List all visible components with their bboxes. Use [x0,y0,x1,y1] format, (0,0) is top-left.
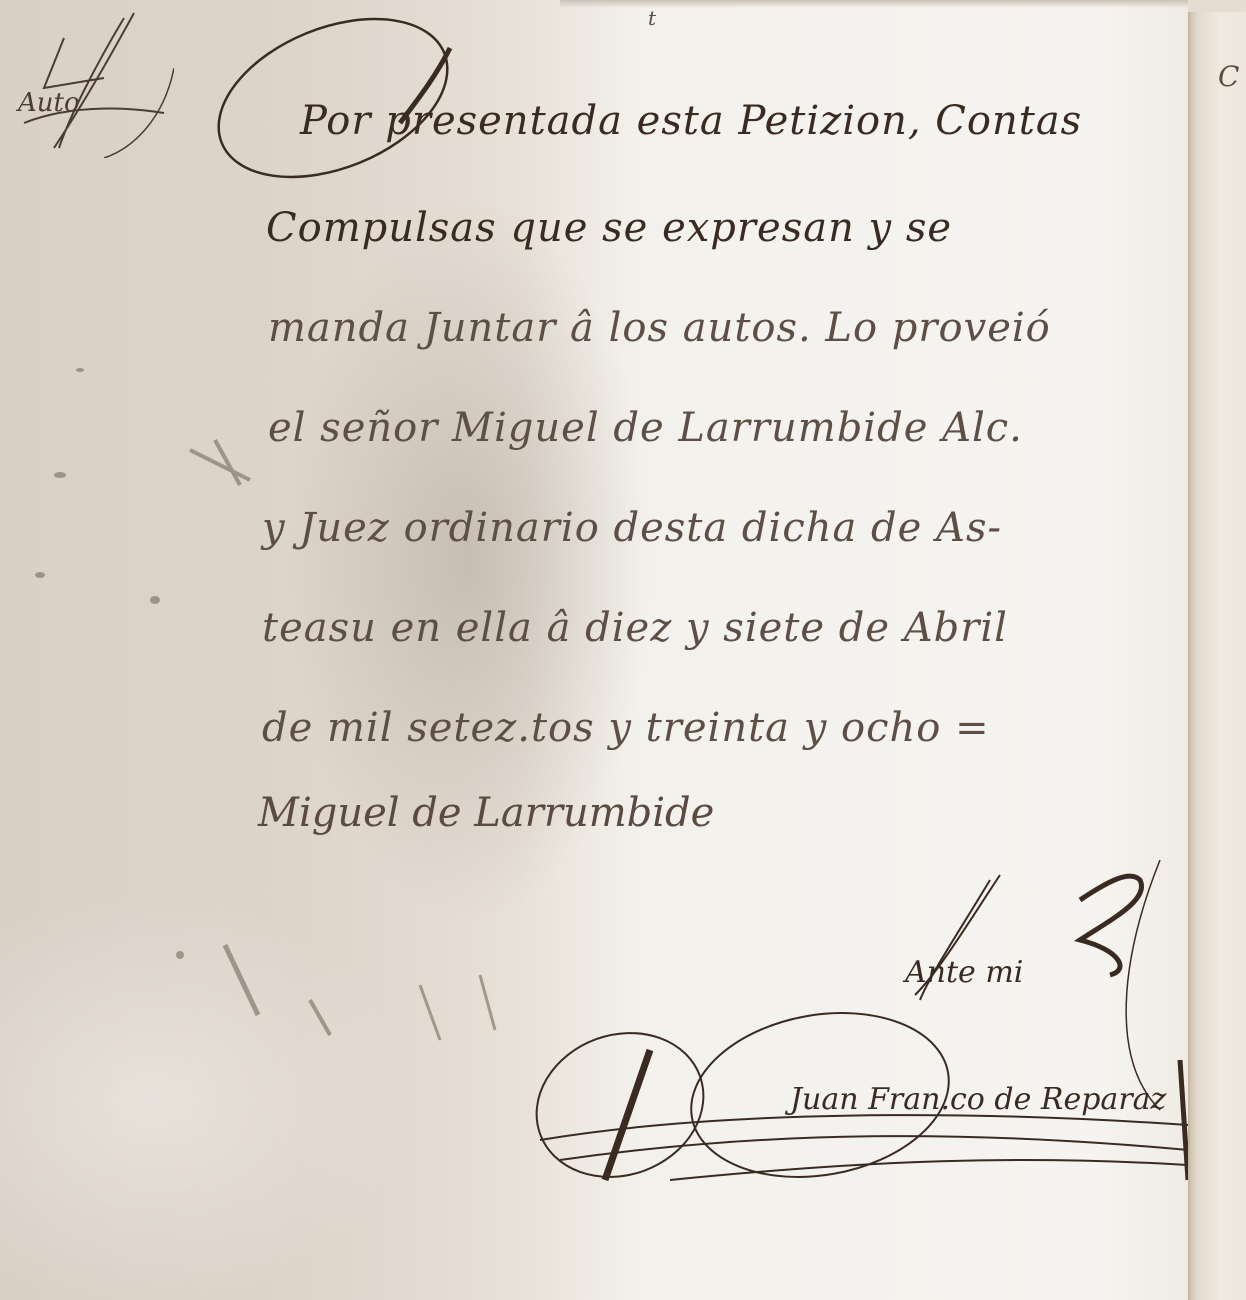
text-line-2: Compulsas que se expresan y se [266,205,952,251]
folio-mark: t [648,6,656,30]
text-line-5: y Juez ordinario desta dicha de As- [262,505,1002,551]
text-line-1: Por presentada esta Petizion, Contas [300,98,1082,144]
adjacent-page-edge [1188,12,1246,1300]
text-line-3: manda Juntar â los autos. Lo proveió [268,305,1051,351]
judge-signature: Miguel de Larrumbide [258,790,714,836]
notary-signature: Juan Fran.co de Reparaz [790,1082,1166,1117]
margin-flourish [14,8,174,158]
text-line-7: de mil setez.tos y treinta y ocho = [262,705,990,751]
margin-note: Auto [18,88,80,118]
text-line-4: el señor Miguel de Larrumbide Alc. [268,405,1023,451]
adjacent-page-text-fragment: C [1218,60,1239,93]
text-line-6: teasu en ella â diez y siete de Abril [262,605,1008,651]
notary-rubric-flourish [520,860,1188,1200]
ante-mi-label: Ante mi [905,955,1023,990]
